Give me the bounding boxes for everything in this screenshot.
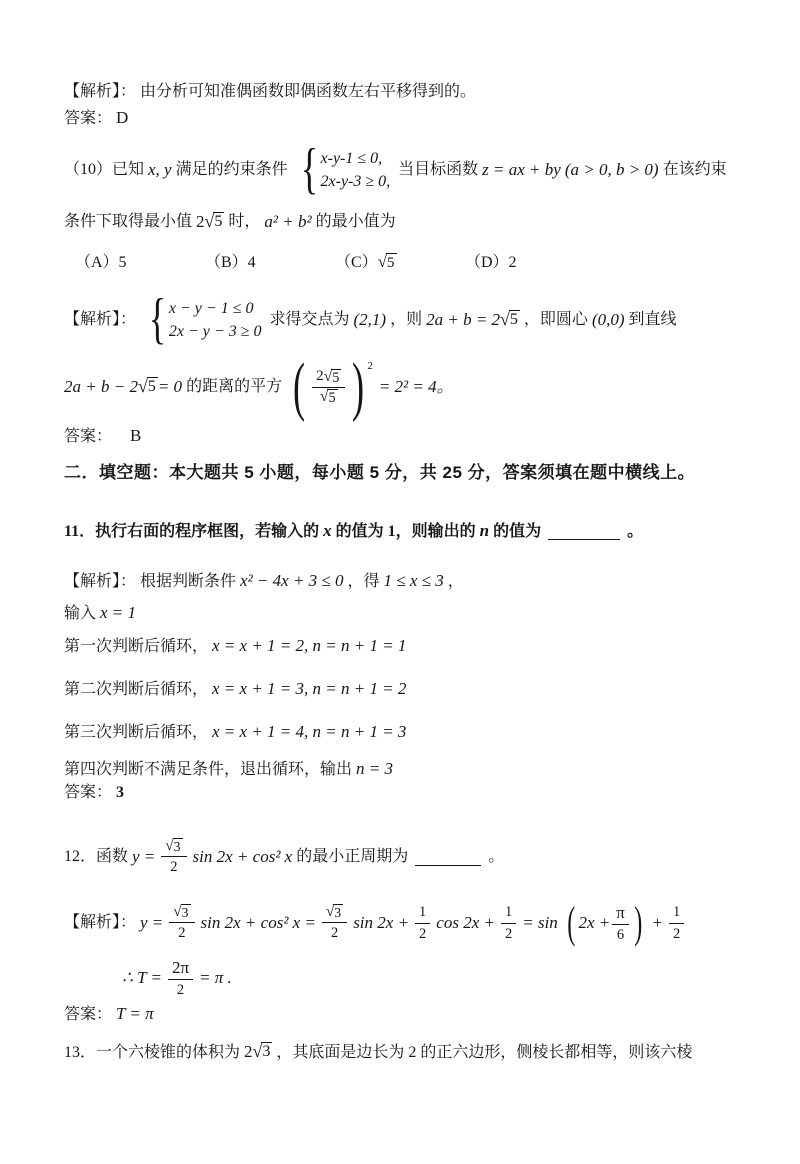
question-10-line-2: 条件下取得最小值2√5时，a² + b²的最小值为 — [64, 202, 396, 242]
left-paren-symbol: ( — [567, 903, 575, 943]
sol10-eq1: 2a + b = 2√5 — [426, 308, 520, 333]
q10-constraint-1: x-y-1 ≤ 0, — [321, 150, 391, 168]
sqrt-radical: √5 — [378, 253, 397, 271]
sqrt3-over-2-fraction: √3 2 — [161, 838, 186, 876]
section-2-title: 二．填空题：本大题共 5 小题，每小题 5 分，共 25 分，答案须填在题中横线… — [64, 461, 695, 486]
answer-12-value: T = π — [116, 1002, 154, 1027]
q10-objective: z = ax + by — [482, 158, 561, 183]
q10-constraint-2: 2x-y-3 ≥ 0, — [321, 173, 391, 191]
left-paren-symbol: ( — [293, 357, 305, 416]
question-13-line: 13．一个六棱锥的体积为2√3，其底面是边长为 2 的正六边形，侧棱长都相等，则… — [64, 1040, 692, 1065]
jiexi-label: 【解析】： — [64, 911, 136, 934]
q11-mid2: 的值为 — [493, 520, 541, 543]
answer-label: 答案： — [64, 1003, 112, 1026]
sol12-e3: cos 2x + — [436, 911, 495, 936]
sol12-e4: = sin — [522, 911, 558, 936]
solution-9-line: 【解析】：由分析可知准偶函数即偶函数左右平移得到的。 — [64, 80, 476, 103]
q11-var-x: x — [323, 519, 332, 544]
sol11-ineq2: 1 ≤ x ≤ 3 — [384, 569, 444, 594]
sqrt3-over-2-fraction: √3 2 — [169, 904, 194, 942]
sol10-constraint-1: x − y − 1 ≤ 0 — [169, 300, 262, 318]
sol10-result: = 2² = 4。 — [379, 375, 454, 400]
loop-line-1: 第一次判断后循环，x = x + 1 = 2, n = n + 1 = 1 — [64, 634, 406, 659]
sqrt-radical: √5 — [205, 212, 225, 232]
q11-end: 。 — [627, 520, 643, 543]
q13-post: ，其底面是边长为 2 的正六边形，侧棱长都相等，则该六棱 — [276, 1041, 692, 1064]
sol11-t3: ， — [448, 570, 464, 593]
two-pi-over-2-fraction: 2π2 — [168, 957, 193, 999]
q10-line2-post: 的最小值为 — [316, 210, 396, 233]
loop-2-text: 第二次判断后循环， — [64, 678, 208, 701]
loop-3-text: 第三次判断后循环， — [64, 721, 208, 744]
solution-11-input-line: 输入x = 1 — [64, 601, 136, 626]
period-conclusion-line: ∴ T = 2π2 = π . — [122, 952, 232, 1004]
therefore-expression: ∴ T = — [122, 966, 162, 991]
q10-condition: (a > 0, b > 0) — [565, 158, 659, 183]
one-half-fraction: 12 — [669, 903, 684, 942]
exit-text: 第四次判断不满足条件，退出循环，输出 — [64, 758, 352, 781]
q10-line2-mid: 时， — [228, 210, 260, 233]
answer-label: 答案： — [64, 107, 112, 130]
jiexi-label: 【解析】： — [64, 570, 136, 593]
exit-equation: n = 3 — [356, 757, 393, 782]
sol12-e2: sin 2x + — [353, 911, 409, 936]
solution-10-line-2: 2a + b − 2√5= 0 的距离的平方 ( 2√5 √5 ) 2 = 2²… — [64, 352, 454, 422]
choice-b: （B）4 — [205, 251, 331, 274]
sqrt-radical: √5 — [500, 310, 520, 330]
sqrt-radical: √5 — [138, 377, 158, 397]
loop-2-equation: x = x + 1 = 3, n = n + 1 = 2 — [212, 677, 406, 702]
sol11-t2: ，得 — [348, 570, 380, 593]
q10-intro: （10）已知 — [64, 158, 144, 181]
choice-c: （C）√5 — [335, 251, 461, 274]
answer-12-line: 答案：T = π — [64, 1002, 154, 1027]
sol11-t1: 根据判断条件 — [140, 570, 236, 593]
q10-tail: 在该约束 — [663, 158, 727, 181]
choice-a: （A）5 — [75, 251, 201, 274]
sqrt3-over-2-fraction: √3 2 — [322, 904, 347, 942]
q11-pre: 11．执行右面的程序框图，若输入的 — [64, 520, 319, 543]
answer-9-line: 答案：D — [64, 106, 128, 131]
loop-line-3: 第三次判断后循环，x = x + 1 = 4, n = n + 1 = 3 — [64, 720, 406, 745]
q12-pre: 12．函数 — [64, 845, 128, 868]
exam-solution-page: 【解析】：由分析可知准偶函数即偶函数左右平移得到的。 答案：D （10）已知x,… — [0, 0, 800, 1164]
period-result: = π . — [199, 966, 232, 991]
question-10-choices: （A）5 （B）4 （C）√5 （D）2 — [75, 251, 517, 274]
left-brace-symbol: { — [149, 296, 166, 344]
q10-mid: 当目标函数 — [398, 158, 478, 181]
answer-label: 答案： — [64, 425, 112, 448]
one-half-fraction: 12 — [501, 903, 516, 942]
loop-line-2: 第二次判断后循环，x = x + 1 = 3, n = n + 1 = 2 — [64, 677, 406, 702]
solution-10-line-1: 【解析】： { x − y − 1 ≤ 0 2x − y − 3 ≥ 0 求得交… — [64, 289, 677, 351]
inner-expression: 2x + — [578, 911, 610, 936]
answer-blank — [548, 523, 620, 540]
question-12-line: 12．函数y = √3 2 sin 2x + cos² x的最小正周期为。 — [64, 828, 504, 886]
sol10-constraint-2: 2x − y − 3 ≥ 0 — [169, 323, 262, 341]
loop-1-text: 第一次判断后循环， — [64, 635, 208, 658]
circle-center: (0,0) — [592, 308, 625, 333]
pi-over-6-fraction: π6 — [612, 902, 629, 944]
volume-radical: 2√3 — [244, 1040, 272, 1065]
answer-9-value: D — [116, 106, 128, 131]
sol10-t4: 到直线 — [629, 308, 677, 331]
distance-fraction: 2√5 √5 — [312, 367, 345, 406]
answer-10-line: 答案：B — [64, 424, 141, 449]
answer-blank — [415, 849, 481, 866]
solution-12-line: 【解析】： y = √3 2 sin 2x + cos² x = √3 2 si… — [64, 893, 686, 953]
q12-expression: sin 2x + cos² x — [193, 845, 293, 870]
sqrt-radical: √3 — [253, 1042, 273, 1062]
right-paren-symbol: ) — [352, 357, 364, 416]
sol10-constraint-system: { x − y − 1 ≤ 0 2x − y − 3 ≥ 0 — [144, 296, 261, 344]
sine-argument-group: ( 2x + π6 ) — [564, 902, 646, 944]
sol10-t3: ，即圆心 — [524, 308, 588, 331]
choice-d: （D）2 — [465, 251, 517, 274]
sol10-t2: ，则 — [390, 308, 422, 331]
answer-11-line: 答案：3 — [64, 781, 124, 804]
sqrt-radical: √5 — [324, 369, 342, 386]
sqrt-radical: √3 — [326, 904, 343, 921]
q10-constraint-system: { x-y-1 ≤ 0, 2x-y-3 ≥ 0, — [296, 146, 391, 194]
q11-var-n: n — [480, 519, 489, 544]
solution-9-text: 由分析可知准偶函数即偶函数左右平移得到的。 — [140, 80, 476, 103]
sol10-t1: 求得交点为 — [269, 308, 349, 331]
intersection-point: (2,1) — [354, 308, 387, 333]
q12-post: 的最小正周期为 — [296, 845, 408, 868]
q10-vars: x, y — [148, 158, 172, 183]
sqrt-radical: √3 — [165, 838, 182, 855]
sol12-e5: + — [651, 911, 662, 936]
squared-fraction-group: ( 2√5 √5 ) 2 — [288, 357, 373, 416]
sol12-y-equals: y = — [140, 911, 163, 936]
answer-label: 答案： — [64, 781, 112, 804]
input-equation: x = 1 — [100, 601, 136, 626]
question-11-line: 11．执行右面的程序框图，若输入的x的值为 1，则输出的n的值为。 — [64, 519, 643, 544]
jiexi-label: 【解析】： — [64, 80, 136, 103]
loop-3-equation: x = x + 1 = 4, n = n + 1 = 3 — [212, 720, 406, 745]
one-half-fraction: 12 — [415, 903, 430, 942]
loop-1-equation: x = x + 1 = 2, n = n + 1 = 1 — [212, 634, 406, 659]
q12-end: 。 — [488, 845, 504, 868]
q10-expression: a² + b² — [264, 210, 311, 235]
sol10-eq2: 2a + b − 2√5= 0 — [64, 375, 182, 400]
min-value-radical: 2√5 — [196, 210, 224, 235]
q13-pre: 13．一个六棱锥的体积为 — [64, 1041, 240, 1064]
sqrt-radical: √3 — [173, 904, 190, 921]
q10-intro2: 满足的约束条件 — [176, 158, 288, 181]
input-label: 输入 — [64, 602, 96, 625]
sol10-t5: 的距离的平方 — [186, 375, 282, 398]
question-10-line-1: （10）已知x, y满足的约束条件 { x-y-1 ≤ 0, 2x-y-3 ≥ … — [64, 140, 727, 200]
jiexi-label: 【解析】： — [64, 308, 136, 331]
solution-11-line-1: 【解析】：根据判断条件x² − 4x + 3 ≤ 0，得1 ≤ x ≤ 3， — [64, 569, 464, 594]
loop-exit-line: 第四次判断不满足条件，退出循环，输出n = 3 — [64, 757, 393, 782]
left-brace-symbol: { — [300, 146, 317, 194]
answer-11-value: 3 — [116, 781, 124, 804]
right-paren-symbol: ) — [634, 903, 642, 943]
section-2-heading: 二．填空题：本大题共 5 小题，每小题 5 分，共 25 分，答案须填在题中横线… — [64, 461, 695, 486]
q10-line2-pre: 条件下取得最小值 — [64, 210, 192, 233]
answer-10-value: B — [130, 424, 141, 449]
sqrt-radical: √5 — [320, 389, 338, 406]
q12-y-equals: y = — [132, 845, 155, 870]
q11-mid1: 的值为 1，则输出的 — [336, 520, 476, 543]
sol12-e1: sin 2x + cos² x = — [201, 911, 316, 936]
exponent: 2 — [367, 359, 373, 375]
sol11-ineq1: x² − 4x + 3 ≤ 0 — [240, 569, 343, 594]
